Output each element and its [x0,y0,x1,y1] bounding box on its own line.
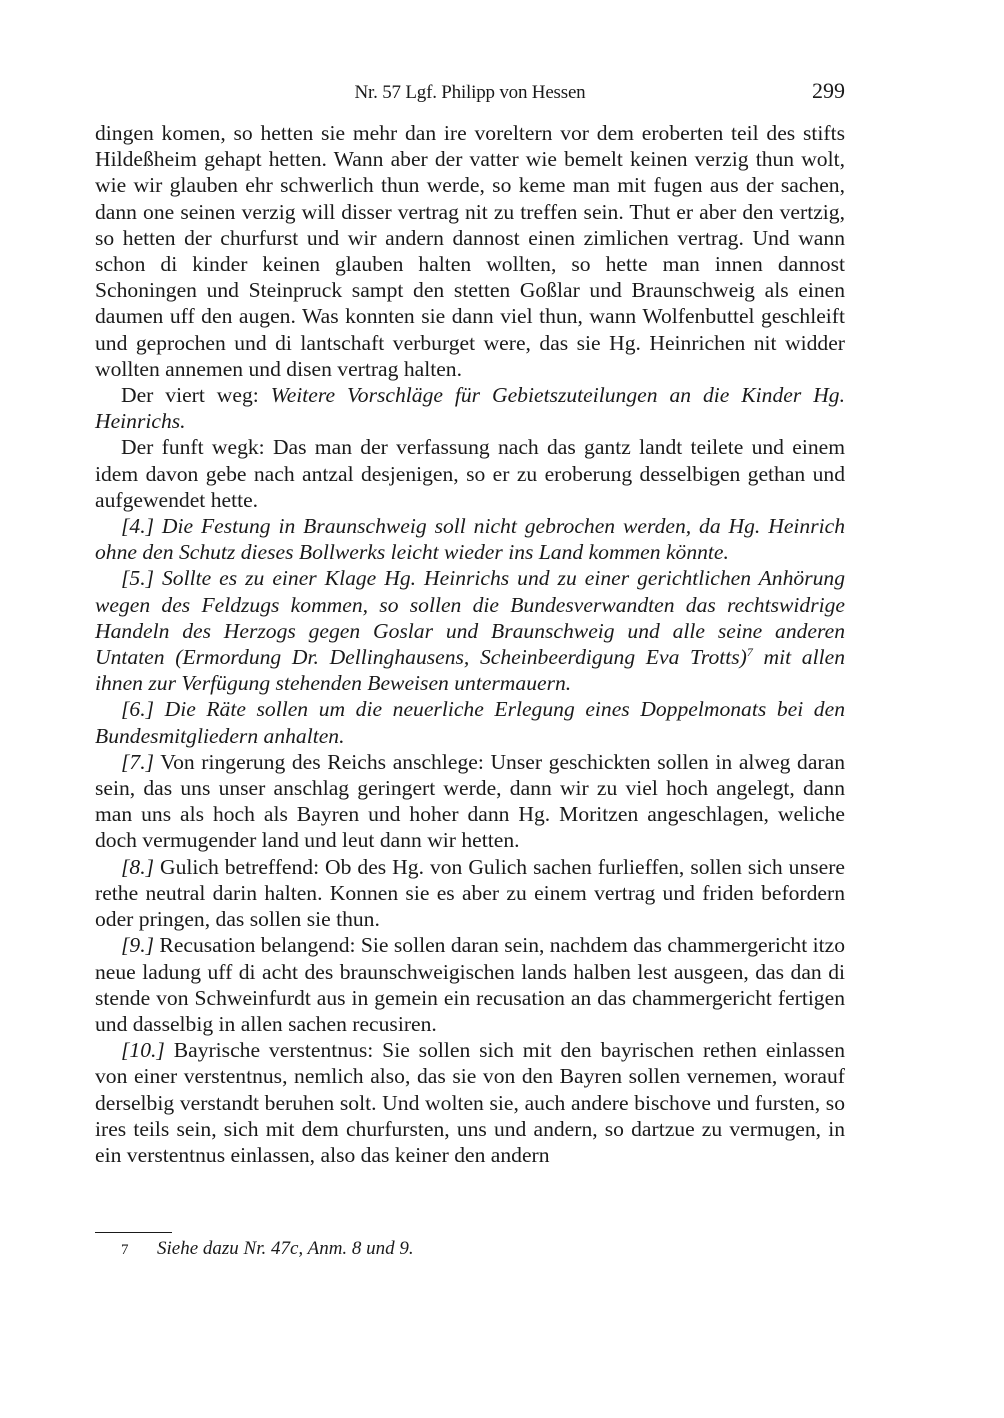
paragraph-item-5: [5.] Sollte es zu einer Klage Hg. Heinri… [95,565,845,696]
page-number: 299 [812,76,845,106]
paragraph-item-6: [6.] Die Räte sollen um die neuerliche E… [95,696,845,748]
paragraph-item-8: [8.] Gulich betreffend: Ob des Hg. von G… [95,854,845,933]
paragraph-item-9: [9.] Recusation belangend: Sie sollen da… [95,932,845,1037]
item-number: [10.] [121,1038,165,1062]
item-number: [8.] [121,855,154,879]
footnotes: 7 Siehe dazu Nr. 47c, Anm. 8 und 9. [95,1232,845,1262]
item-text: Bayrische verstentnus: Sie sollen sich m… [95,1038,845,1167]
paragraph-item-7: [7.] Von ringerung des Reichs anschlege:… [95,749,845,854]
paragraph-lead: Der viert weg: [121,383,271,407]
paragraph-fuenfter-weg: Der funft wegk: Das man der verfassung n… [95,434,845,513]
item-text: Von ringerung des Reichs anschlege: Unse… [95,750,845,853]
item-text: Gulich betreffend: Ob des Hg. von Gulich… [95,855,845,931]
paragraph-item-4: [4.] Die Festung in Braunschweig soll ni… [95,513,845,565]
item-number: [7.] [121,750,154,774]
footnote-rule [95,1232,172,1233]
footnote-7: 7 Siehe dazu Nr. 47c, Anm. 8 und 9. [95,1237,845,1262]
footnote-number: 7 [95,1238,157,1262]
body-text: dingen komen, so hetten sie mehr dan ire… [95,120,845,1168]
paragraph-vierter-weg: Der viert weg: Weitere Vorschläge für Ge… [95,382,845,434]
item-number: [9.] [121,933,154,957]
paragraph-continued: dingen komen, so hetten sie mehr dan ire… [95,120,845,382]
paragraph-item-10: [10.] Bayrische verstentnus: Sie sollen … [95,1037,845,1168]
item-text: Recusation belangend: Sie sollen daran s… [95,933,845,1036]
footnote-text: Siehe dazu Nr. 47c, Anm. 8 und 9. [157,1237,414,1261]
page: Nr. 57 Lgf. Philipp von Hessen 299 dinge… [95,78,845,1168]
paragraph-item-5-part-a: [5.] Sollte es zu einer Klage Hg. Heinri… [95,566,845,669]
running-head: Nr. 57 Lgf. Philipp von Hessen 299 [95,78,845,108]
running-title: Nr. 57 Lgf. Philipp von Hessen [95,78,845,108]
